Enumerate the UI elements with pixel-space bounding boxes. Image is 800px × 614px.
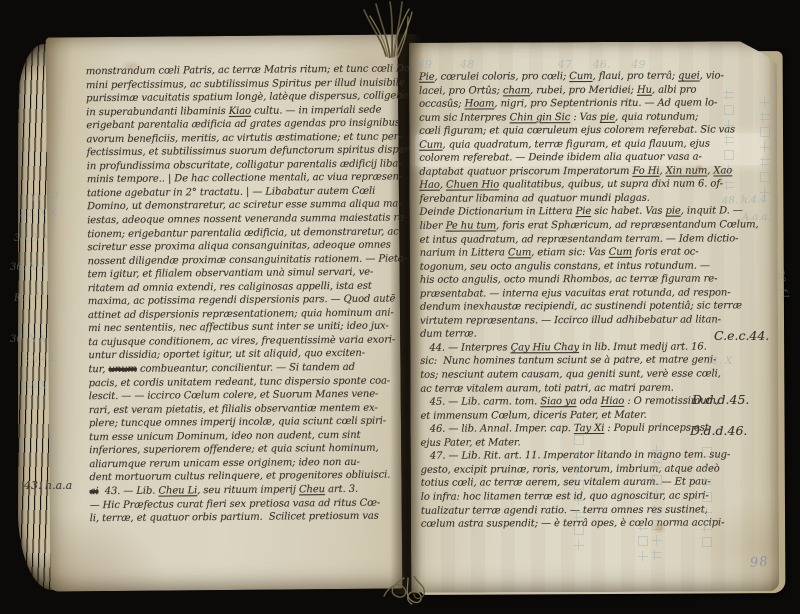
bleedthrough-glyph <box>638 551 648 561</box>
manuscript-line: cœli figuram; et quia cœruleum ejus colo… <box>419 123 769 138</box>
bleedthrough-numbers: 49 48 47 46. 49 <box>418 58 768 71</box>
bleedthrough-glyph <box>574 525 584 535</box>
manuscript-line: cœlum astra suspendit; — è terrâ opes, è… <box>421 516 771 531</box>
bleedthrough-note: A.a.a. <box>742 212 771 223</box>
manuscript-line: tos; nesciunt autem causam, qua geniti s… <box>420 367 770 382</box>
left-page: monstrandum cœli Patris, ac terræ Matris… <box>46 34 403 591</box>
bleedthrough-glyph <box>760 127 770 137</box>
bleedthrough-glyph <box>702 462 712 472</box>
bleedthrough-glyph <box>702 537 712 547</box>
bleedthrough-glyph <box>574 540 584 550</box>
bleedthrough-glyph <box>724 165 734 175</box>
bleedthrough-glyph <box>724 180 734 190</box>
manuscript-line: li, terræ, et quatuor orbis partium. Sci… <box>90 509 408 525</box>
manuscript-line: occasûs; Hoam, nigri, pro Septentrionis … <box>419 96 769 111</box>
manuscript-line: Hao, Chuen Hio qualitatibus, quibus, ut … <box>419 178 769 193</box>
bleedthrough-glyph <box>638 521 648 531</box>
bleedthrough-note: 38 X <box>24 381 47 392</box>
manuscript-line: his octo angulis, octo mundi Rhombos, ac… <box>420 272 770 287</box>
bleedthrough-glyph <box>574 435 584 445</box>
bleedthrough-note: 35. X X <box>14 233 51 244</box>
bleedthrough-glyph <box>638 536 648 546</box>
bleedthrough-glyph <box>574 450 584 460</box>
bleedthrough-glyph <box>760 157 770 167</box>
bleedthrough-glyph <box>652 475 662 485</box>
manuscript-line: liber Pe hu tum, foris erat Sphæricum, a… <box>420 218 770 233</box>
bleedthrough-glyph <box>702 447 712 457</box>
right-margin-citation: D.d.d.45. <box>692 392 749 407</box>
bleedthrough-glyph <box>652 520 662 530</box>
bleedthrough-glyph-column <box>700 442 713 554</box>
manuscript-line: untur dissidia; oportet igitur, ut sit a… <box>88 347 406 363</box>
bleedthrough-glyph-column <box>758 92 771 210</box>
bleedthrough-glyph <box>652 535 662 545</box>
manuscript-line: Pie, cœrulei coloris, pro cœli; Cum, fla… <box>419 69 769 84</box>
bleedthrough-glyph <box>652 550 662 560</box>
bleedthrough-glyph <box>760 97 770 107</box>
bleedthrough-glyph <box>574 495 584 505</box>
folio-number-pencil: 98 <box>749 554 769 571</box>
bleedthrough-glyph-column <box>650 440 663 565</box>
bleedthrough-glyph-column <box>572 430 585 550</box>
bleedthrough-glyph <box>652 490 662 500</box>
bleedthrough-glyph-column <box>636 516 649 574</box>
bleedthrough-glyph <box>724 150 734 160</box>
bleedthrough-glyph <box>574 480 584 490</box>
manuscript-line: virtutem repræsentans. — Iccirco illud a… <box>420 313 770 328</box>
bleedthrough-glyph <box>702 522 712 532</box>
bleedthrough-glyph <box>760 187 770 197</box>
bleedthrough-glyph <box>574 465 584 475</box>
manuscript-line: 47. — Lib. Rit. art. 11. Imperator litan… <box>421 449 771 464</box>
bleedthrough-note: 51. X <box>706 356 732 367</box>
bleedthrough-glyph <box>652 460 662 470</box>
bleedthrough-note: 36. X X <box>10 334 47 345</box>
bleedthrough-glyph-column <box>722 85 735 197</box>
bleedthrough-note: 36. X X <box>10 262 47 273</box>
bleedthrough-glyph <box>652 445 662 455</box>
manuscript-line: dent mortuorum cultus relinquere, et pro… <box>89 469 407 485</box>
bleedthrough-note: R.a.41. <box>14 291 50 304</box>
binding-threads-bottom-icon <box>374 576 458 614</box>
binding-threads-top-icon <box>346 0 430 58</box>
bleedthrough-glyph <box>574 510 584 520</box>
bleedthrough-glyph <box>702 477 712 487</box>
bleedthrough-glyph <box>760 142 770 152</box>
bleedthrough-note: 32. X X <box>20 207 57 219</box>
manuscript-line: gesto, excipit pruinæ, roris, ventorum, … <box>421 462 771 477</box>
left-margin-citation: 43. h.a.a <box>24 479 72 492</box>
manuscript-scan: monstrandum cœli Patris, ac terræ Matris… <box>0 0 800 614</box>
right-margin-citation: C.e.c.44. <box>714 328 769 343</box>
bleedthrough-note: YY 82 <box>30 191 60 204</box>
right-margin-citation: D.d.d.46. <box>690 423 747 438</box>
bleedthrough-glyph <box>724 120 734 130</box>
bleedthrough-glyph <box>760 112 770 122</box>
bleedthrough-glyph <box>702 507 712 517</box>
manuscript-line: et intus quadratum, ad repræsentandam te… <box>420 232 770 247</box>
bleedthrough-glyph <box>724 105 734 115</box>
right-page-text: Pie, cœrulei coloris, pro cœli; Cum, fla… <box>419 69 771 531</box>
bleedthrough-glyph <box>702 492 712 502</box>
bleedthrough-glyph <box>724 135 734 145</box>
left-page-text: monstrandum cœli Patris, ac terræ Matris… <box>86 62 408 525</box>
bleedthrough-glyph <box>724 90 734 100</box>
bleedthrough-glyph <box>760 172 770 182</box>
bleedthrough-glyph <box>652 505 662 515</box>
manuscript-line: dendum inexhaustæ recipiendi, ac sustine… <box>420 300 770 315</box>
